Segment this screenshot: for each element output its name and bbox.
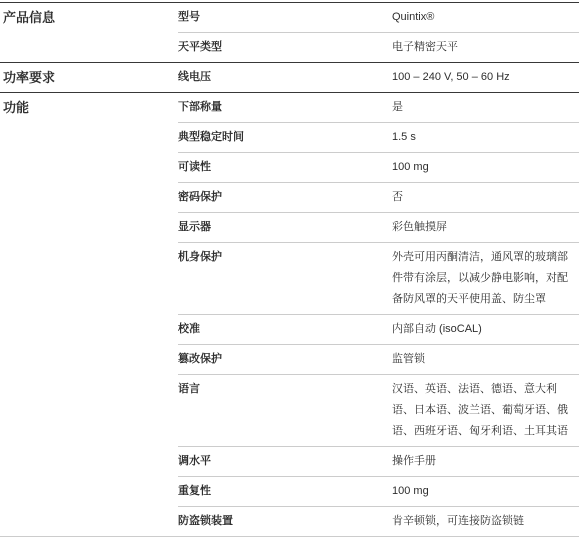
spec-row: 下部称量 是	[178, 93, 579, 122]
section-rows: 型号 Quintix® 天平类型 电子精密天平	[178, 3, 579, 62]
spec-row: 语言 汉语、英语、法语、德语、意大利语、日本语、波兰语、葡萄牙语、俄语、西班牙语…	[178, 374, 579, 446]
spec-label: 调水平	[178, 447, 392, 476]
spec-value: 操作手册	[392, 447, 579, 476]
spec-row: 机身保护 外壳可用丙酮清洁，通风罩的玻璃部件带有涂层，以减少静电影响，对配备防风…	[178, 242, 579, 314]
spec-value: 电子精密天平	[392, 33, 579, 62]
spec-value: 否	[392, 183, 579, 212]
spec-row: 防盗锁装置 肯辛顿锁，可连接防盗锁链	[178, 506, 579, 536]
spec-value: 彩色触摸屏	[392, 213, 579, 242]
spec-row: 线电压 100 – 240 V, 50 – 60 Hz	[178, 63, 579, 92]
spec-row: 型号 Quintix®	[178, 3, 579, 32]
spec-label: 语言	[178, 375, 392, 446]
spec-label: 典型稳定时间	[178, 123, 392, 152]
spec-row: 密码保护 否	[178, 182, 579, 212]
product-spec-table: 产品信息 型号 Quintix® 天平类型 电子精密天平 功率要求 线电压 10…	[0, 2, 579, 537]
section-rows: 线电压 100 – 240 V, 50 – 60 Hz	[178, 63, 579, 92]
spec-value: 是	[392, 93, 579, 122]
section-product-info: 产品信息 型号 Quintix® 天平类型 电子精密天平	[0, 3, 579, 62]
spec-row: 重复性 100 mg	[178, 476, 579, 506]
spec-row: 可读性 100 mg	[178, 152, 579, 182]
spec-row: 校准 内部自动 (isoCAL)	[178, 314, 579, 344]
section-functions: 功能 下部称量 是 典型稳定时间 1.5 s 可读性 100 mg 密码保护 否…	[0, 92, 579, 536]
spec-label: 校准	[178, 315, 392, 344]
spec-row: 典型稳定时间 1.5 s	[178, 122, 579, 152]
spec-row: 显示器 彩色触摸屏	[178, 212, 579, 242]
section-title: 功能	[0, 93, 178, 536]
spec-value: Quintix®	[392, 3, 579, 32]
spec-label: 密码保护	[178, 183, 392, 212]
spec-row: 调水平 操作手册	[178, 446, 579, 476]
spec-label: 重复性	[178, 477, 392, 506]
spec-value: 100 mg	[392, 153, 579, 182]
spec-label: 机身保护	[178, 243, 392, 314]
spec-label: 篡改保护	[178, 345, 392, 374]
spec-label: 显示器	[178, 213, 392, 242]
spec-value: 内部自动 (isoCAL)	[392, 315, 579, 344]
spec-label: 防盗锁装置	[178, 507, 392, 536]
spec-value: 100 mg	[392, 477, 579, 506]
spec-row: 天平类型 电子精密天平	[178, 32, 579, 62]
spec-value: 100 – 240 V, 50 – 60 Hz	[392, 63, 579, 92]
section-rows: 下部称量 是 典型稳定时间 1.5 s 可读性 100 mg 密码保护 否 显示…	[178, 93, 579, 536]
spec-value: 汉语、英语、法语、德语、意大利语、日本语、波兰语、葡萄牙语、俄语、西班牙语、匈牙…	[392, 375, 579, 446]
section-title: 产品信息	[0, 3, 178, 62]
section-title: 功率要求	[0, 63, 178, 92]
spec-label: 可读性	[178, 153, 392, 182]
spec-value: 肯辛顿锁，可连接防盗锁链	[392, 507, 579, 536]
spec-label: 天平类型	[178, 33, 392, 62]
spec-value: 外壳可用丙酮清洁，通风罩的玻璃部件带有涂层，以减少静电影响，对配备防风罩的天平使…	[392, 243, 579, 314]
spec-label: 下部称量	[178, 93, 392, 122]
spec-value: 1.5 s	[392, 123, 579, 152]
section-power-requirements: 功率要求 线电压 100 – 240 V, 50 – 60 Hz	[0, 62, 579, 92]
spec-label: 型号	[178, 3, 392, 32]
spec-row: 篡改保护 监管锁	[178, 344, 579, 374]
spec-value: 监管锁	[392, 345, 579, 374]
spec-label: 线电压	[178, 63, 392, 92]
